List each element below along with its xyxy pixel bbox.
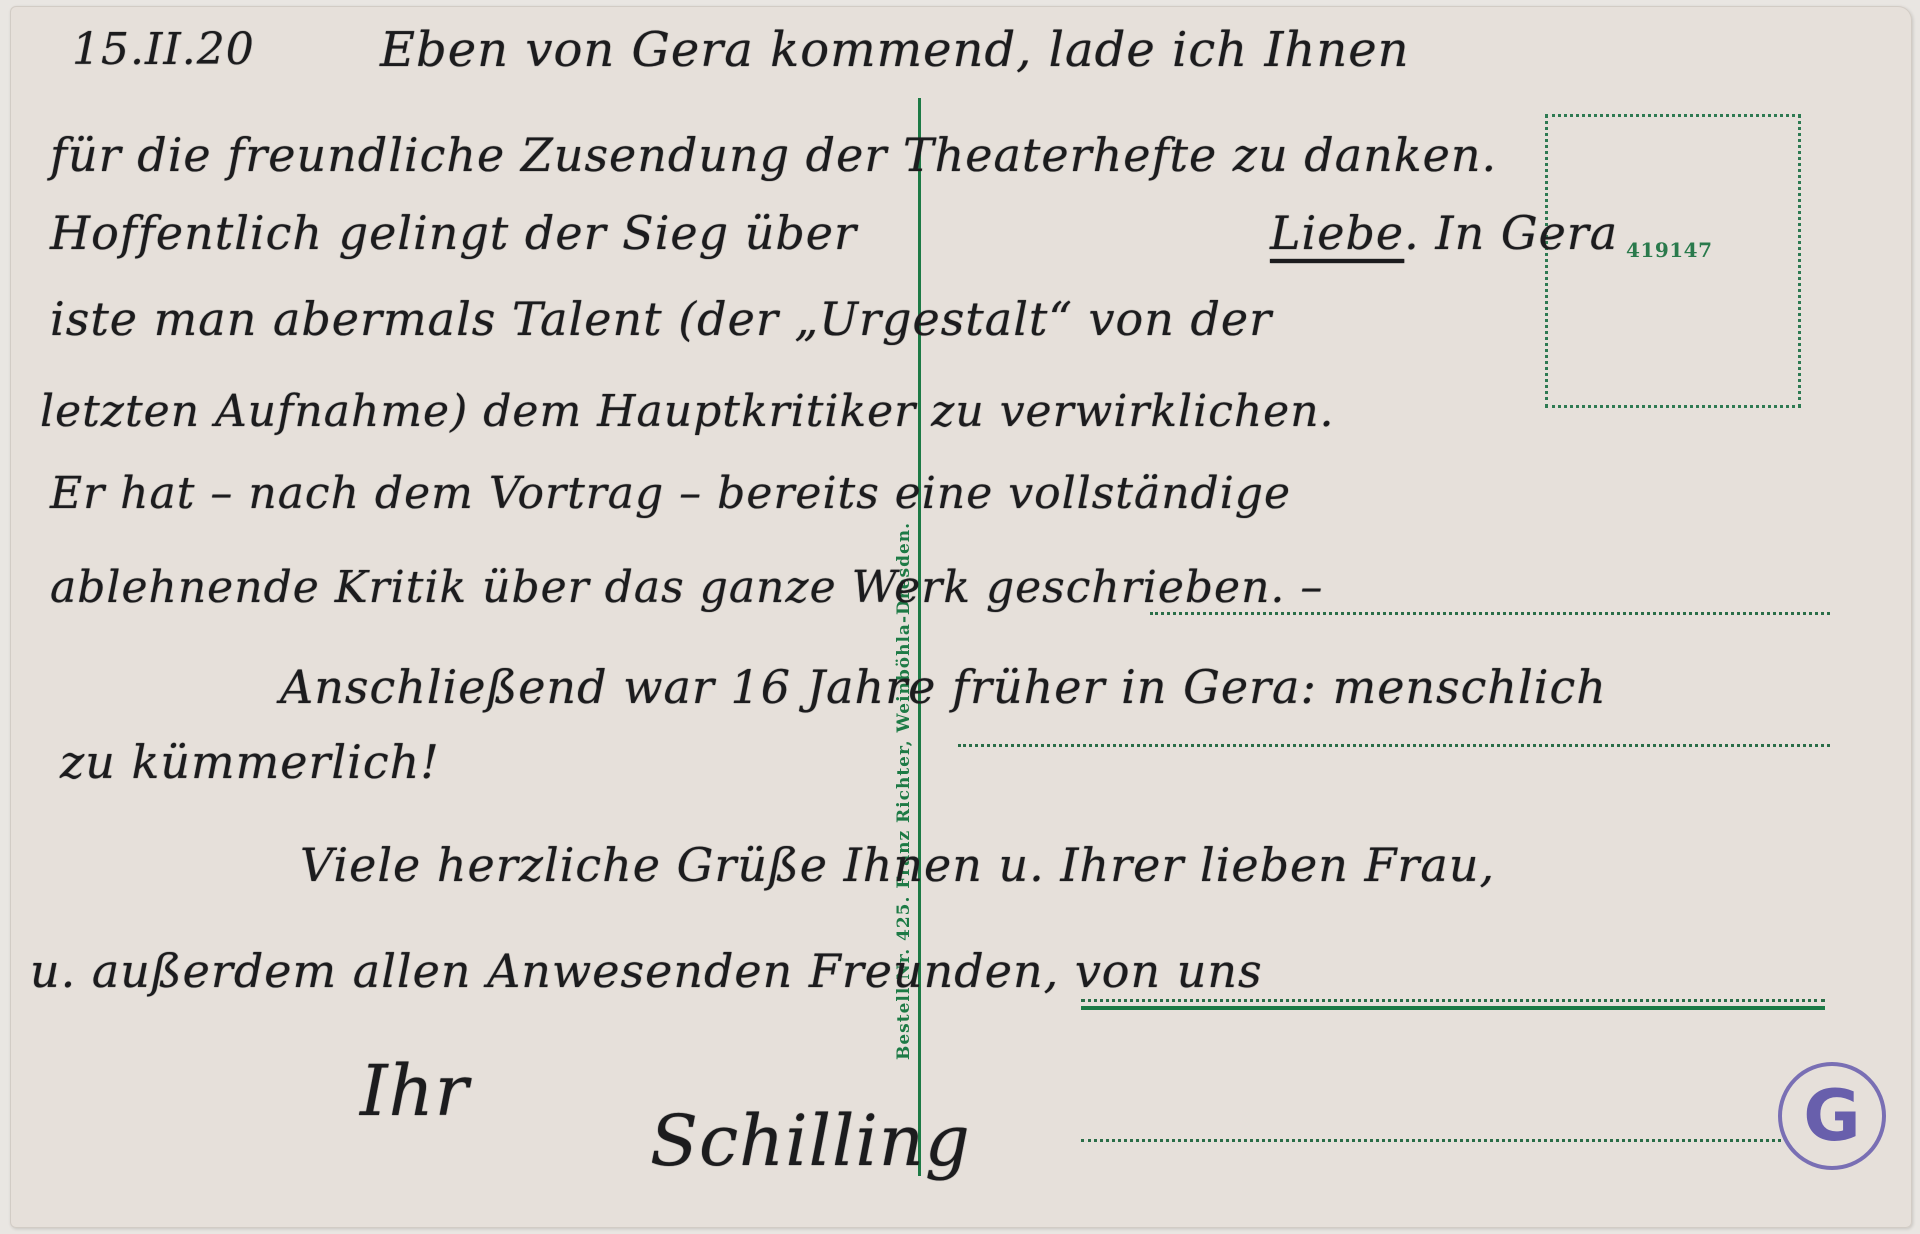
stamp-box-number: 419147 <box>1626 238 1713 262</box>
handwritten-line: Eben von Gera kommend, lade ich Ihnen <box>380 22 1410 78</box>
handwritten-line: zu kümmerlich! <box>60 735 440 789</box>
g-circle-stamp: G <box>1778 1062 1886 1170</box>
handwritten-line-end: Liebe. In Gera <box>1270 206 1618 260</box>
address-line-3 <box>1081 999 1825 1002</box>
address-divider-line <box>918 98 921 1176</box>
handwritten-line: ablehnende Kritik über das ganze Werk ge… <box>50 562 1323 613</box>
handwritten-line: Er hat – nach dem Vortrag – bereits eine… <box>50 468 1291 519</box>
signature: Schilling <box>650 1100 971 1182</box>
handwritten-date: 15.II.20 <box>72 24 255 75</box>
address-line-2 <box>958 744 1830 747</box>
address-line-4 <box>1081 1139 1781 1142</box>
handwritten-line: Anschließend war 16 Jahre früher in Gera… <box>280 660 1607 714</box>
handwritten-fragment: . In Gera <box>1404 206 1618 260</box>
handwritten-line: Hoffentlich gelingt der Sieg über <box>50 206 857 260</box>
handwritten-line: u. außerdem allen Anwesenden Freunden, v… <box>30 944 1263 998</box>
handwritten-line: letzten Aufnahme) dem Hauptkritiker zu v… <box>40 386 1335 437</box>
handwritten-line: Viele herzliche Grüße Ihnen u. Ihrer lie… <box>300 838 1495 892</box>
underlined-word: Liebe <box>1270 206 1404 260</box>
handwritten-line: iste man abermals Talent (der „Urgestalt… <box>50 292 1272 346</box>
signature-left: Ihr <box>360 1050 469 1132</box>
stamp-letter: G <box>1803 1081 1860 1151</box>
address-line-solid <box>1081 1006 1825 1010</box>
handwritten-line: für die freundliche Zusendung der Theate… <box>50 128 1497 182</box>
